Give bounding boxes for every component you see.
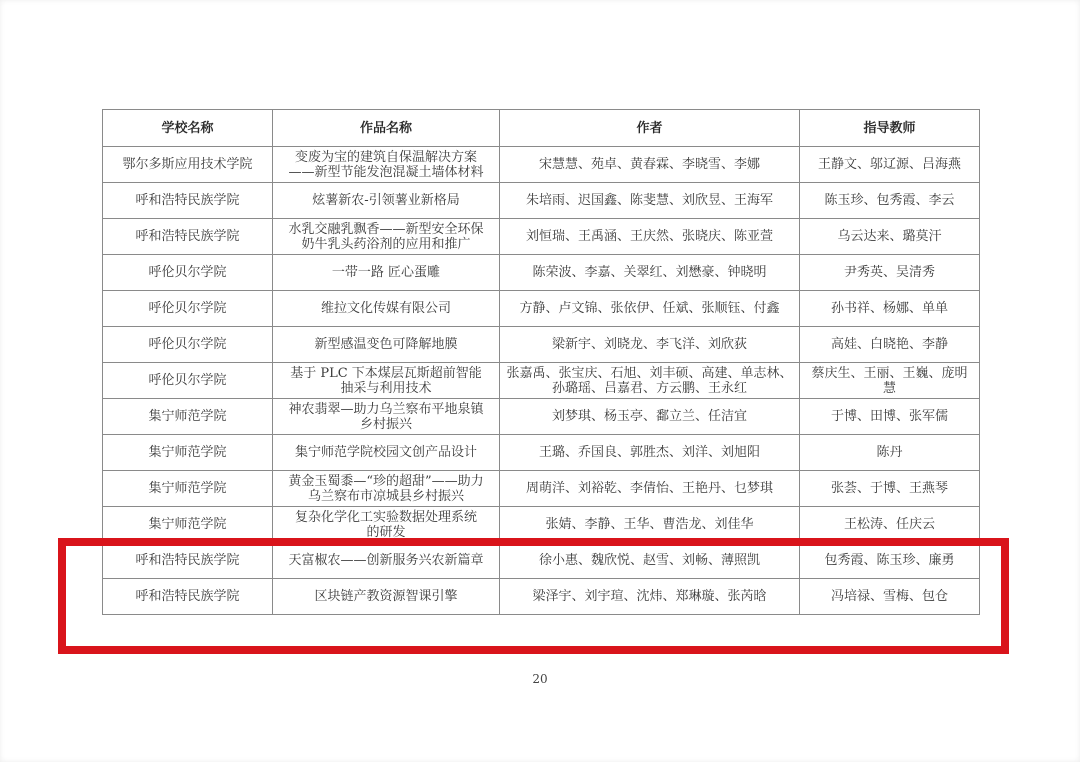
cell-advisors: 张荟、于博、王燕琴 xyxy=(800,471,980,507)
cell-advisors-line: 陈玉珍、包秀霞、李云 xyxy=(804,193,975,208)
cell-authors: 刘梦琪、杨玉亭、鄱立兰、任洁宜 xyxy=(500,399,800,435)
cell-authors: 梁新宇、刘晓龙、李飞洋、刘欣荻 xyxy=(500,327,800,363)
header-authors: 作者 xyxy=(500,110,800,147)
table-body: 鄂尔多斯应用技术学院变废为宝的建筑自保温解决方案——新型节能发泡混凝土墙体材料宋… xyxy=(103,147,980,615)
table-row: 集宁师范学院黄金玉蜀黍—“珍的超甜”——助力乌兰察布市凉城县乡村振兴周萌洋、刘裕… xyxy=(103,471,980,507)
cell-school: 呼伦贝尔学院 xyxy=(103,363,273,399)
cell-work-line: ——新型节能发泡混凝土墙体材料 xyxy=(277,165,495,180)
cell-work-line: 基于 PLC 下本煤层瓦斯超前智能 xyxy=(277,366,495,381)
table-row: 呼伦贝尔学院新型感温变色可降解地膜梁新宇、刘晓龙、李飞洋、刘欣荻高娃、白晓艳、李… xyxy=(103,327,980,363)
cell-work: 炫薯新农-引领薯业新格局 xyxy=(273,183,500,219)
cell-authors: 张嘉禹、张宝庆、石旭、刘丰硕、高建、单志林、孙璐瑶、吕嘉君、方云鹏、王永红 xyxy=(500,363,800,399)
cell-authors-line: 刘恒瑞、王禹涵、王庆然、张晓庆、陈亚萱 xyxy=(504,229,795,244)
cell-authors: 刘恒瑞、王禹涵、王庆然、张晓庆、陈亚萱 xyxy=(500,219,800,255)
cell-work: 新型感温变色可降解地膜 xyxy=(273,327,500,363)
cell-authors: 陈荣波、李嘉、关翠红、刘懋豪、钟晓明 xyxy=(500,255,800,291)
cell-school: 集宁师范学院 xyxy=(103,471,273,507)
table-header-row: 学校名称 作品名称 作者 指导教师 xyxy=(103,110,980,147)
cell-advisors-line: 冯培禄、雪梅、包仓 xyxy=(804,589,975,604)
cell-work-line: 黄金玉蜀黍—“珍的超甜”——助力 xyxy=(277,474,495,489)
cell-work-line: 维拉文化传媒有限公司 xyxy=(277,301,495,316)
cell-work: 黄金玉蜀黍—“珍的超甜”——助力乌兰察布市凉城县乡村振兴 xyxy=(273,471,500,507)
cell-advisors-line: 王静文、邬辽源、吕海燕 xyxy=(804,157,975,172)
cell-advisors: 陈玉珍、包秀霞、李云 xyxy=(800,183,980,219)
cell-authors-line: 张婧、李静、王华、曹浩龙、刘佳华 xyxy=(504,517,795,532)
cell-school: 呼和浩特民族学院 xyxy=(103,183,273,219)
cell-work-line: 变废为宝的建筑自保温解决方案 xyxy=(277,150,495,165)
cell-work-line: 天富椒农——创新服务兴农新篇章 xyxy=(277,553,495,568)
cell-advisors: 蔡庆生、王丽、王巍、庞明慧 xyxy=(800,363,980,399)
cell-authors-line: 梁新宇、刘晓龙、李飞洋、刘欣荻 xyxy=(504,337,795,352)
cell-work-line: 水乳交融乳飘香——新型安全环保 xyxy=(277,222,495,237)
table-row: 呼伦贝尔学院基于 PLC 下本煤层瓦斯超前智能抽采与利用技术张嘉禹、张宝庆、石旭… xyxy=(103,363,980,399)
table-row: 集宁师范学院复杂化学化工实验数据处理系统的研发张婧、李静、王华、曹浩龙、刘佳华王… xyxy=(103,507,980,543)
cell-advisors: 陈丹 xyxy=(800,435,980,471)
table-row: 呼和浩特民族学院水乳交融乳飘香——新型安全环保奶牛乳头药浴剂的应用和推广刘恒瑞、… xyxy=(103,219,980,255)
cell-work-line: 奶牛乳头药浴剂的应用和推广 xyxy=(277,237,495,252)
cell-advisors-line: 王松涛、任庆云 xyxy=(804,517,975,532)
cell-advisors-line: 陈丹 xyxy=(804,445,975,460)
cell-work: 天富椒农——创新服务兴农新篇章 xyxy=(273,543,500,579)
cell-advisors-line: 慧 xyxy=(804,381,975,396)
cell-work-line: 新型感温变色可降解地膜 xyxy=(277,337,495,352)
cell-advisors: 王静文、邬辽源、吕海燕 xyxy=(800,147,980,183)
cell-advisors: 于博、田博、张军儒 xyxy=(800,399,980,435)
cell-work: 区块链产教资源智课引擎 xyxy=(273,579,500,615)
cell-school: 呼伦贝尔学院 xyxy=(103,327,273,363)
cell-advisors: 孙书祥、杨娜、单单 xyxy=(800,291,980,327)
cell-authors-line: 刘梦琪、杨玉亭、鄱立兰、任洁宜 xyxy=(504,409,795,424)
cell-authors: 朱培雨、迟国鑫、陈斐慧、刘欣昱、王海军 xyxy=(500,183,800,219)
cell-work-line: 炫薯新农-引领薯业新格局 xyxy=(277,193,495,208)
cell-advisors-line: 尹秀英、吴清秀 xyxy=(804,265,975,280)
cell-advisors: 包秀霞、陈玉珍、廉勇 xyxy=(800,543,980,579)
cell-work-line: 的研发 xyxy=(277,525,495,540)
cell-work-line: 神农翡翠—助力乌兰察布平地泉镇 xyxy=(277,402,495,417)
cell-school: 集宁师范学院 xyxy=(103,507,273,543)
cell-work: 集宁师范学院校园文创产品设计 xyxy=(273,435,500,471)
cell-work: 神农翡翠—助力乌兰察布平地泉镇乡村振兴 xyxy=(273,399,500,435)
page-number: 20 xyxy=(0,672,1080,686)
table-row: 呼伦贝尔学院一带一路 匠心蛋雕陈荣波、李嘉、关翠红、刘懋豪、钟晓明尹秀英、吴清秀 xyxy=(103,255,980,291)
cell-authors: 张婧、李静、王华、曹浩龙、刘佳华 xyxy=(500,507,800,543)
cell-advisors-line: 包秀霞、陈玉珍、廉勇 xyxy=(804,553,975,568)
cell-work-line: 复杂化学化工实验数据处理系统 xyxy=(277,510,495,525)
cell-advisors: 王松涛、任庆云 xyxy=(800,507,980,543)
cell-work-line: 集宁师范学院校园文创产品设计 xyxy=(277,445,495,460)
document-page: 学校名称 作品名称 作者 指导教师 鄂尔多斯应用技术学院变废为宝的建筑自保温解决… xyxy=(0,0,1080,762)
cell-work: 变废为宝的建筑自保温解决方案——新型节能发泡混凝土墙体材料 xyxy=(273,147,500,183)
cell-advisors-line: 乌云达来、璐莫汗 xyxy=(804,229,975,244)
cell-work-line: 一带一路 匠心蛋雕 xyxy=(277,265,495,280)
cell-work-line: 抽采与利用技术 xyxy=(277,381,495,396)
cell-authors: 梁泽宇、刘宇瑄、沈炜、郑琳璇、张芮晗 xyxy=(500,579,800,615)
cell-advisors: 冯培禄、雪梅、包仓 xyxy=(800,579,980,615)
table-row: 呼和浩特民族学院区块链产教资源智课引擎梁泽宇、刘宇瑄、沈炜、郑琳璇、张芮晗冯培禄… xyxy=(103,579,980,615)
cell-authors-line: 徐小惠、魏欣悦、赵雪、刘畅、薄照凯 xyxy=(504,553,795,568)
cell-work-line: 乌兰察布市凉城县乡村振兴 xyxy=(277,489,495,504)
cell-work-line: 区块链产教资源智课引擎 xyxy=(277,589,495,604)
cell-school: 呼和浩特民族学院 xyxy=(103,579,273,615)
cell-authors-line: 周萌洋、刘裕乾、李倩怡、王艳丹、乜梦琪 xyxy=(504,481,795,496)
cell-work: 基于 PLC 下本煤层瓦斯超前智能抽采与利用技术 xyxy=(273,363,500,399)
table-row: 鄂尔多斯应用技术学院变废为宝的建筑自保温解决方案——新型节能发泡混凝土墙体材料宋… xyxy=(103,147,980,183)
cell-authors: 王璐、乔国良、郭胜杰、刘洋、刘旭阳 xyxy=(500,435,800,471)
cell-work: 复杂化学化工实验数据处理系统的研发 xyxy=(273,507,500,543)
header-work: 作品名称 xyxy=(273,110,500,147)
cell-authors: 宋慧慧、苑卓、黄春霖、李晓雪、李娜 xyxy=(500,147,800,183)
table-row: 集宁师范学院神农翡翠—助力乌兰察布平地泉镇乡村振兴刘梦琪、杨玉亭、鄱立兰、任洁宜… xyxy=(103,399,980,435)
cell-work-line: 乡村振兴 xyxy=(277,417,495,432)
cell-school: 呼伦贝尔学院 xyxy=(103,255,273,291)
cell-authors: 方静、卢文锦、张依伊、任斌、张顺钰、付鑫 xyxy=(500,291,800,327)
cell-school: 集宁师范学院 xyxy=(103,435,273,471)
cell-work: 水乳交融乳飘香——新型安全环保奶牛乳头药浴剂的应用和推广 xyxy=(273,219,500,255)
cell-advisors: 乌云达来、璐莫汗 xyxy=(800,219,980,255)
cell-work: 维拉文化传媒有限公司 xyxy=(273,291,500,327)
cell-advisors-line: 高娃、白晓艳、李静 xyxy=(804,337,975,352)
cell-school: 集宁师范学院 xyxy=(103,399,273,435)
cell-authors: 徐小惠、魏欣悦、赵雪、刘畅、薄照凯 xyxy=(500,543,800,579)
table-row: 呼和浩特民族学院天富椒农——创新服务兴农新篇章徐小惠、魏欣悦、赵雪、刘畅、薄照凯… xyxy=(103,543,980,579)
cell-authors-line: 孙璐瑶、吕嘉君、方云鹏、王永红 xyxy=(504,381,795,396)
cell-authors-line: 张嘉禹、张宝庆、石旭、刘丰硕、高建、单志林、 xyxy=(504,366,795,381)
table-row: 呼伦贝尔学院维拉文化传媒有限公司方静、卢文锦、张依伊、任斌、张顺钰、付鑫孙书祥、… xyxy=(103,291,980,327)
cell-school: 鄂尔多斯应用技术学院 xyxy=(103,147,273,183)
cell-authors-line: 梁泽宇、刘宇瑄、沈炜、郑琳璇、张芮晗 xyxy=(504,589,795,604)
cell-advisors-line: 孙书祥、杨娜、单单 xyxy=(804,301,975,316)
cell-authors-line: 朱培雨、迟国鑫、陈斐慧、刘欣昱、王海军 xyxy=(504,193,795,208)
cell-authors-line: 宋慧慧、苑卓、黄春霖、李晓雪、李娜 xyxy=(504,157,795,172)
cell-school: 呼和浩特民族学院 xyxy=(103,543,273,579)
header-advisors: 指导教师 xyxy=(800,110,980,147)
cell-authors-line: 王璐、乔国良、郭胜杰、刘洋、刘旭阳 xyxy=(504,445,795,460)
cell-authors-line: 陈荣波、李嘉、关翠红、刘懋豪、钟晓明 xyxy=(504,265,795,280)
cell-authors: 周萌洋、刘裕乾、李倩怡、王艳丹、乜梦琪 xyxy=(500,471,800,507)
cell-authors-line: 方静、卢文锦、张依伊、任斌、张顺钰、付鑫 xyxy=(504,301,795,316)
header-school: 学校名称 xyxy=(103,110,273,147)
cell-advisors-line: 张荟、于博、王燕琴 xyxy=(804,481,975,496)
cell-advisors-line: 于博、田博、张军儒 xyxy=(804,409,975,424)
awards-table: 学校名称 作品名称 作者 指导教师 鄂尔多斯应用技术学院变废为宝的建筑自保温解决… xyxy=(102,109,980,615)
cell-work: 一带一路 匠心蛋雕 xyxy=(273,255,500,291)
cell-advisors: 高娃、白晓艳、李静 xyxy=(800,327,980,363)
table-row: 集宁师范学院集宁师范学院校园文创产品设计王璐、乔国良、郭胜杰、刘洋、刘旭阳陈丹 xyxy=(103,435,980,471)
cell-school: 呼伦贝尔学院 xyxy=(103,291,273,327)
table-row: 呼和浩特民族学院炫薯新农-引领薯业新格局朱培雨、迟国鑫、陈斐慧、刘欣昱、王海军陈… xyxy=(103,183,980,219)
cell-advisors-line: 蔡庆生、王丽、王巍、庞明 xyxy=(804,366,975,381)
cell-advisors: 尹秀英、吴清秀 xyxy=(800,255,980,291)
cell-school: 呼和浩特民族学院 xyxy=(103,219,273,255)
